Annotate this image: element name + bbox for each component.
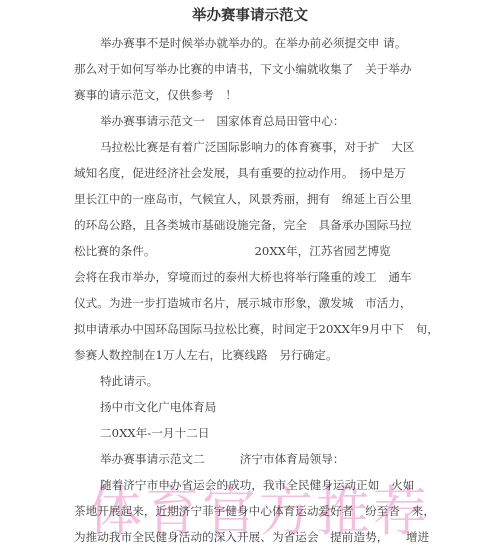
doc-line: 会将在我市举办，穿境而过的泰州大桥也将举行隆重的竣工 通车 — [74, 264, 426, 290]
doc-line: 的环岛公路，且各类城市基础设施完备，完全 具备承办国际马拉 — [74, 212, 426, 238]
doc-line: 随着济宁市申办省运会的成功，我市全民健身运动正如 火如 — [74, 472, 426, 498]
doc-line: 松比赛的条件。 20XX年，江苏省园艺博览 — [74, 238, 426, 264]
doc-line: 马拉松比赛是有着广泛国际影响力的体育赛事，对于扩 大区 — [74, 134, 426, 160]
doc-line: 里长江中的一座岛市，气候宜人，风景秀丽，拥有 绵延上百公里 — [74, 186, 426, 212]
doc-line: 为推动我市全民健身活动的深入开展、为省运会 提前造势， 增进 — [74, 524, 426, 550]
doc-line: 参赛人数控制在1万人左右，比赛线路 另行确定。 — [74, 342, 426, 368]
doc-line: 举办赛事请示范文一 国家体育总局田管中心： — [74, 108, 426, 134]
doc-line: 域知名度，促进经济社会发展，具有重要的拉动作用。 扬中是万 — [74, 160, 426, 186]
doc-line: 那么对于如何写举办比赛的申请书，下文小编就收集了 关于举办 — [74, 56, 426, 82]
document-title: 举办赛事请示范文 — [74, 4, 426, 30]
doc-line: 拟申请承办中国环岛国际马拉松比赛，时间定于20XX年9月中下 旬， — [74, 316, 426, 342]
doc-line: 赛事的请示范文，仅供参考 ！ — [74, 82, 426, 108]
doc-line: 扬中市文化广电体育局 — [74, 394, 426, 420]
doc-line: 特此请示。 — [74, 368, 426, 394]
doc-line: 仪式。为进一步打造城市名片，展示城市形象，激发城 市活力， — [74, 290, 426, 316]
document-page: 体育官方推荐 举办赛事请示范文 举办赛事不是时候举办就举办的。在举办前必须提交申… — [0, 0, 500, 553]
doc-line: 举办赛事不是时候举办就举办的。在举办前必须提交申 请。 — [74, 30, 426, 56]
doc-line: 二0XX年-一月十二日 — [74, 420, 426, 446]
doc-line: 茶地开展起来，近期济宁菲宇健身中心体育运动爱好者 纷至沓 来， — [74, 498, 426, 524]
doc-line: 举办赛事请示范文二 济宁市体育局领导： — [74, 446, 426, 472]
document-body: 举办赛事请示范文 举办赛事不是时候举办就举办的。在举办前必须提交申 请。 那么对… — [74, 4, 426, 550]
